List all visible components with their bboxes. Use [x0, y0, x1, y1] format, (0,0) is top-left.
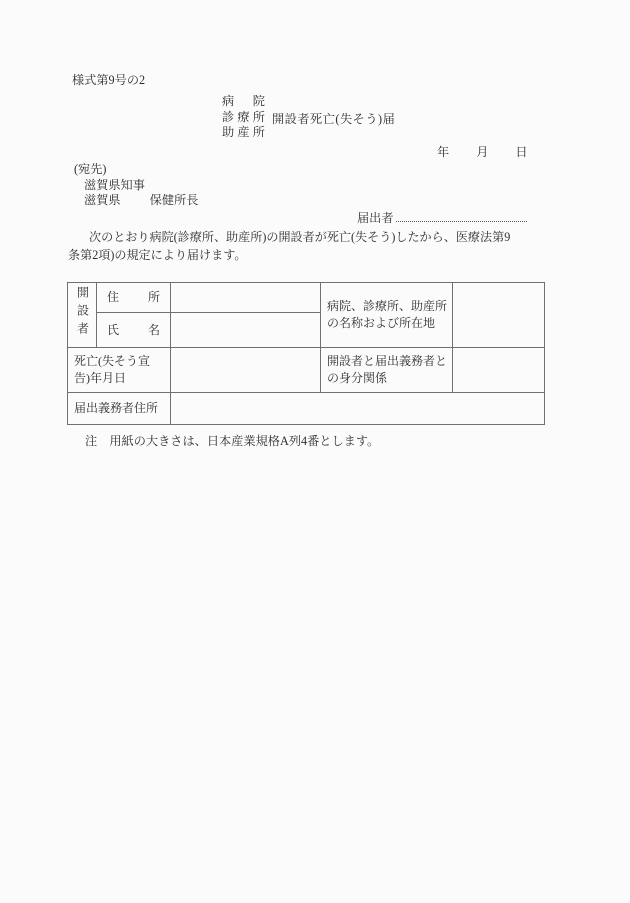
health-center-prefecture: 滋賀県	[84, 193, 121, 207]
addressee-health-center: 滋賀県 保健所長	[84, 191, 198, 208]
death-date-label-cell: 死亡(失そう宣 告)年月日	[68, 348, 171, 393]
title-block: 病院 診療所 助産所 開設者死亡(失そう)届	[222, 94, 265, 141]
date-month-label: 月	[476, 143, 488, 160]
death-date-value-cell	[171, 348, 321, 393]
document-page: 様式第9号の2 病院 診療所 助産所 開設者死亡(失そう)届 年 月 日 (宛先…	[0, 0, 630, 903]
date-day-label: 日	[515, 143, 527, 160]
relationship-value-cell	[453, 348, 545, 393]
date-line: 年 月 日	[437, 143, 528, 160]
facility-name-value-cell	[453, 283, 545, 348]
opener-group-label: 開設者	[74, 286, 91, 340]
facility-line-hospital: 病院	[222, 94, 265, 110]
facility-line-clinic: 診療所	[222, 110, 265, 126]
notifier-address-label: 届出義務者住所	[74, 400, 168, 417]
opener-group-cell: 開設者	[68, 283, 97, 348]
notifier-label: 届出者	[357, 211, 394, 225]
page-title: 開設者死亡(失そう)届	[272, 110, 395, 127]
name-label: 氏名	[107, 322, 160, 339]
name-value-cell	[171, 313, 321, 348]
body-line-1: 次のとおり病院(診療所、助産所)の開設者が死亡(失そう)したから、医療法第9	[68, 228, 548, 246]
notifier-address-value-cell	[171, 393, 545, 425]
date-year-label: 年	[437, 143, 449, 160]
notifier-fill-line	[396, 209, 527, 222]
notifier-line: 届出者	[357, 209, 527, 226]
address-label: 住所	[107, 289, 160, 306]
form-table: 開設者 住所 病院、診療所、助産所 の名称および所在地 氏名	[67, 282, 545, 425]
addressee-label: (宛先)	[74, 160, 107, 177]
address-value-cell	[171, 283, 321, 313]
facility-list: 病院 診療所 助産所	[222, 94, 265, 141]
body-paragraph: 次のとおり病院(診療所、助産所)の開設者が死亡(失そう)したから、医療法第9 条…	[68, 228, 548, 264]
health-center-director: 保健所長	[150, 193, 199, 207]
paper-size-note: 注 用紙の大きさは、日本産業規格A列4番とします。	[85, 432, 379, 449]
name-label-cell: 氏名	[97, 313, 171, 348]
address-label-cell: 住所	[97, 283, 171, 313]
facility-name-label-cell: 病院、診療所、助産所 の名称および所在地	[321, 283, 453, 348]
relationship-label-cell: 開設者と届出義務者と の身分関係	[321, 348, 453, 393]
form-number: 様式第9号の2	[72, 71, 145, 88]
notifier-address-label-cell: 届出義務者住所	[68, 393, 171, 425]
facility-line-midwifery: 助産所	[222, 125, 265, 141]
body-line-2: 条第2項)の規定により届けます。	[68, 246, 548, 264]
